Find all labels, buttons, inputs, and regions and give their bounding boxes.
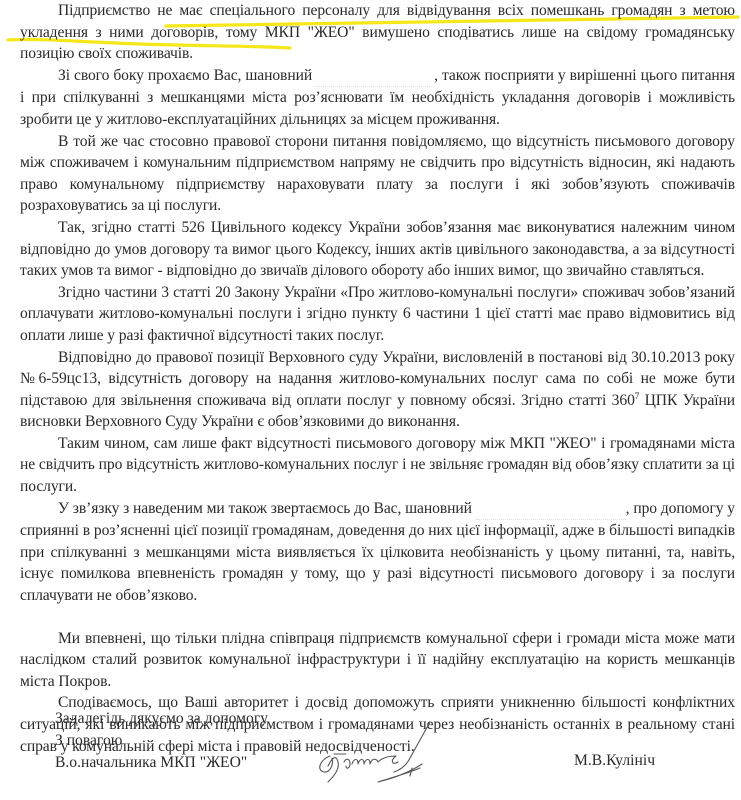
paragraph-supreme-court: Відповідно до правової позиції Верховног…: [20, 347, 735, 433]
closing-block: Задалегідь дякуємо за допомогу З повагою…: [55, 708, 268, 774]
signature-icon: [310, 718, 440, 786]
redacted-name: [316, 65, 434, 88]
letter-body: Підприємство не має спеціального персона…: [20, 0, 735, 757]
paragraph-appeal: У зв’язку з наведеним ми також звертаємо…: [20, 498, 735, 607]
paragraph-text: Зі свого боку прохаємо Вас, шановний: [58, 67, 316, 84]
paragraph-personnel: Підприємство не має спеціального персона…: [20, 0, 735, 65]
signer-name: М.В.Кулініч: [574, 752, 655, 770]
paragraph-request: Зі свого боку прохаємо Вас, шановний , т…: [20, 65, 735, 131]
paragraph-text: Підприємство: [58, 2, 157, 19]
paragraph-text: Відповідно до правової позиції Верховног…: [20, 349, 735, 409]
closing-thanks: Задалегідь дякуємо за допомогу: [55, 708, 268, 730]
paragraph-conclusion: Таким чином, сам лише факт відсутності п…: [20, 433, 735, 498]
paragraph-legal-side: В той же час стосовно правової сторони п…: [20, 131, 735, 217]
paragraph-cooperation: Ми впевнені, що тільки плідна співпраця …: [20, 628, 735, 693]
paragraph-housing-law: Згідно частини 3 статті 20 Закону Україн…: [20, 282, 735, 347]
closing-regards: З повагою: [55, 730, 268, 752]
paragraph-civil-code: Так, згідно статті 526 Цивільного кодекс…: [20, 217, 735, 282]
paragraph-text: У зв’язку з наведеним ми також звертаємо…: [58, 500, 476, 517]
signer-position: В.о.начальника МКП "ЖЕО": [55, 752, 268, 774]
redacted-name: [476, 498, 626, 521]
